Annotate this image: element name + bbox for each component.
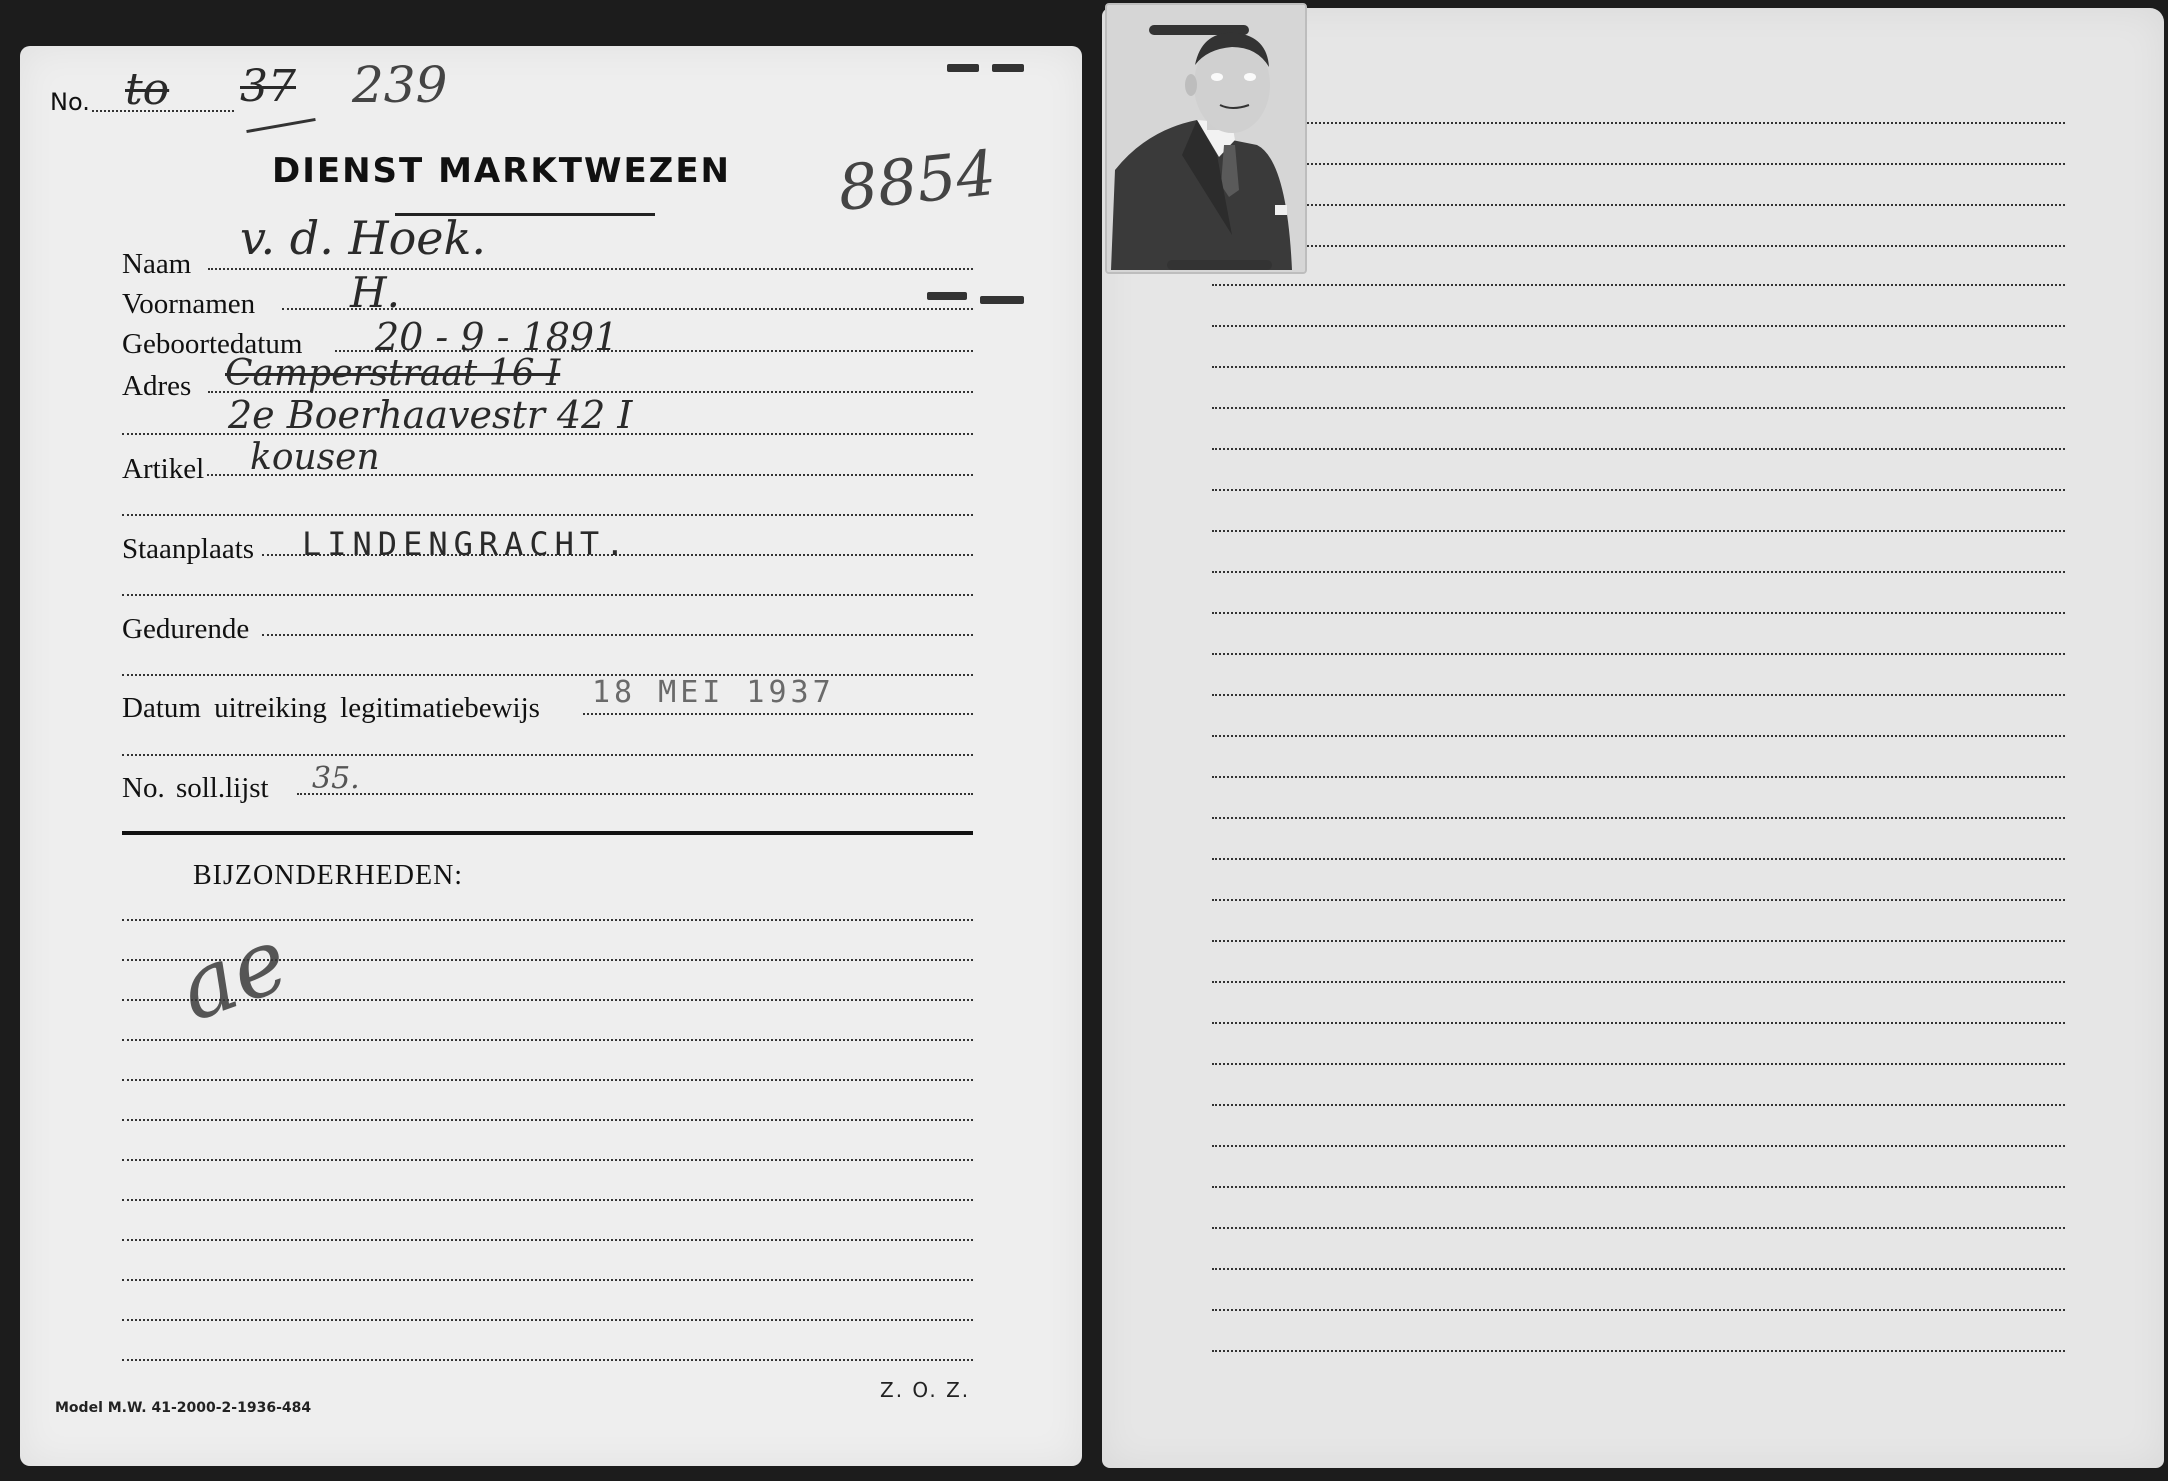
datum-uitreiking-value: 18 MEI 1937 [592, 678, 835, 708]
number-struck-1: to [125, 68, 169, 112]
naam-label: Naam [122, 250, 191, 279]
number-value: 239 [352, 60, 447, 110]
gedurende-line [262, 634, 973, 636]
blank-line [122, 674, 973, 676]
artikel-value: kousen [250, 440, 380, 476]
blank-line [122, 594, 973, 596]
adres-value-struck: Camperstraat 16 I [225, 356, 560, 392]
datum-uitreiking-label: Datum uitreiking legitimatiebewijs [122, 694, 540, 723]
gedurende-label: Gedurende [122, 615, 249, 644]
naam-line [208, 268, 973, 270]
portrait-photo [1105, 3, 1307, 274]
artikel-label: Artikel [122, 455, 204, 484]
naam-value: v. d. Hoek. [240, 215, 486, 261]
blank-line [122, 754, 973, 756]
soll-lijst-value: 35. [312, 764, 360, 794]
staanplaats-label: Staanplaats [122, 535, 254, 564]
staple-mark [990, 62, 1026, 74]
staanplaats-value: LINDENGRACHT. [302, 528, 630, 560]
adres-label: Adres [122, 372, 191, 401]
number-label: No. [50, 90, 90, 114]
datum-uitreiking-line [583, 713, 973, 715]
soll-lijst-line [297, 793, 973, 795]
adres-value: 2e Boerhaavestr 42 I [228, 396, 632, 434]
geboortedatum-value: 20 - 9 - 1891 [375, 318, 618, 356]
zoz-note: Z. O. Z. [880, 1378, 970, 1402]
voornamen-value: H. [350, 272, 400, 314]
staple-mark [978, 294, 1026, 306]
model-number: Model M.W. 41-2000-2-1936-484 [55, 1400, 311, 1416]
blank-line [122, 514, 973, 516]
card-title: DIENST MARKTWEZEN [272, 154, 731, 188]
staple-mark [945, 62, 981, 74]
file-number: 8854 [835, 142, 998, 220]
staple-mark [925, 290, 969, 302]
number-struck-2: 37 [240, 65, 296, 109]
portrait-icon [1107, 5, 1305, 272]
voornamen-label: Voornamen [122, 290, 255, 319]
soll-lijst-label: No. soll.lijst [122, 774, 269, 803]
section-divider [122, 831, 973, 835]
bijzonderheden-label: BIJZONDERHEDEN: [193, 862, 463, 890]
